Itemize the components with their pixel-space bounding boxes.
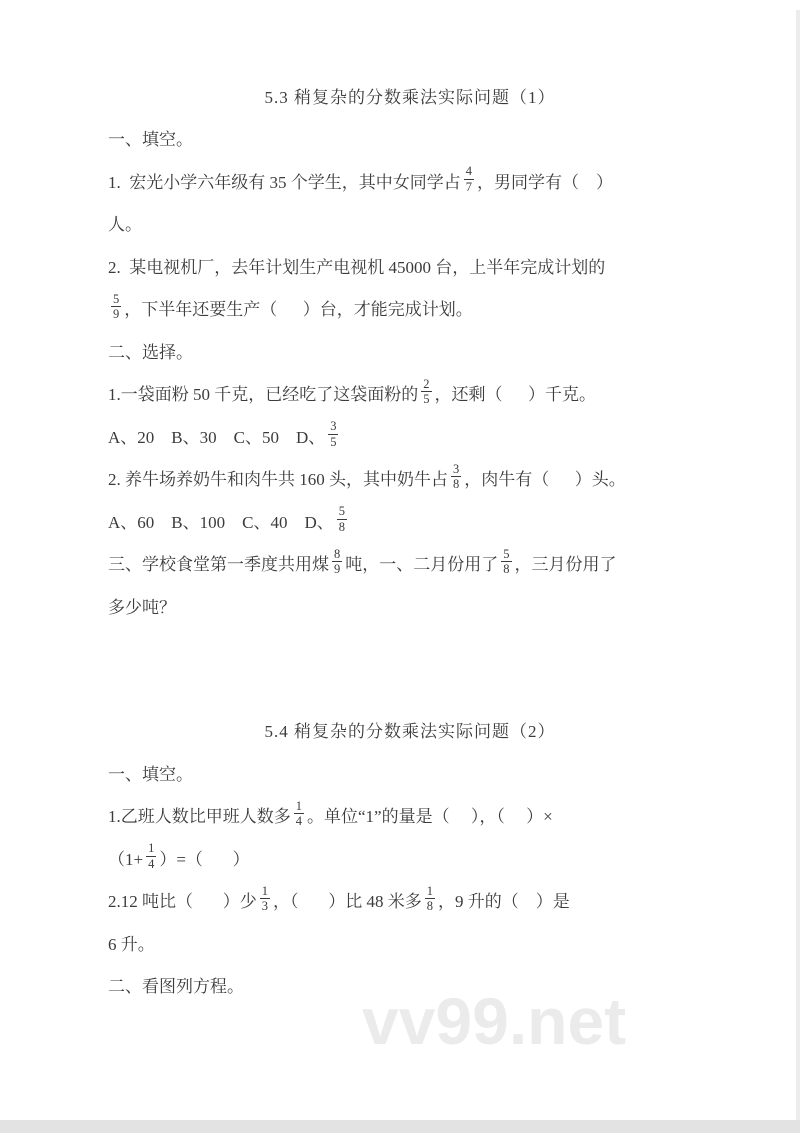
worksheet-line: 6 升。 — [108, 921, 712, 964]
page-edge-bottom — [0, 1120, 800, 1133]
text-run: ，9 升的（ ）是 — [438, 887, 570, 912]
worksheet-line: 一、填空。 — [108, 751, 712, 794]
text-run: A、20 B、30 C、50 D、 — [108, 423, 325, 448]
worksheet-5-4: 5.4 稍复杂的分数乘法实际问题（2） 一、填空。1.乙班人数比甲班人数多14。… — [108, 709, 712, 1007]
fraction: 89 — [332, 547, 342, 577]
text-run: 人。 — [108, 210, 142, 235]
fraction-numerator: 3 — [451, 462, 461, 477]
worksheet-line: 二、选择。 — [108, 329, 712, 372]
worksheet-5-3: 5.3 稍复杂的分数乘法实际问题（1） 一、填空。1. 宏光小学六年级有 35 … — [108, 74, 712, 627]
worksheet-line: 一、填空。 — [108, 117, 712, 160]
fraction-denominator: 9 — [111, 307, 121, 321]
fraction-numerator: 1 — [146, 841, 156, 856]
worksheet-line: 1. 宏光小学六年级有 35 个学生，其中女同学占47，男同学有（ ） — [108, 159, 712, 202]
fraction-denominator: 4 — [294, 814, 304, 828]
fraction-numerator: 5 — [337, 504, 347, 519]
text-run: ，还剩（ ）千克。 — [435, 380, 597, 405]
text-run: 2. 某电视机厂，去年计划生产电视机 45000 台，上半年完成计划的 — [108, 253, 605, 278]
fraction-denominator: 7 — [464, 180, 474, 194]
worksheet-line: 人。 — [108, 202, 712, 245]
worksheet-line: （1+14）=（ ） — [108, 836, 712, 879]
worksheet-line: 三、学校食堂第一季度共用煤89吨，一、二月份用了58，三月份用了 — [108, 542, 712, 585]
fraction-denominator: 8 — [501, 562, 511, 576]
fraction-denominator: 8 — [337, 520, 347, 534]
text-run: 2. 养牛场养奶牛和肉牛共 160 头，其中奶牛占 — [108, 465, 448, 490]
text-run: 6 升。 — [108, 930, 155, 955]
worksheet-line: 1.乙班人数比甲班人数多14。单位“1”的量是（ ），（ ）× — [108, 794, 712, 837]
text-run: 二、选择。 — [108, 338, 193, 363]
fraction-denominator: 5 — [328, 435, 338, 449]
text-run: 多少吨？ — [108, 593, 176, 618]
fraction-numerator: 4 — [464, 164, 474, 179]
fraction: 38 — [451, 462, 461, 492]
fraction-numerator: 5 — [501, 547, 511, 562]
fraction-denominator: 8 — [451, 477, 461, 491]
fraction: 13 — [260, 884, 270, 914]
fraction-numerator: 8 — [332, 547, 342, 562]
text-run: ）=（ ） — [159, 845, 249, 870]
document-page: 5.3 稍复杂的分数乘法实际问题（1） 一、填空。1. 宏光小学六年级有 35 … — [0, 0, 800, 1006]
text-run: 1.一袋面粉 50 千克，已经吃了这袋面粉的 — [108, 380, 418, 405]
fraction-numerator: 5 — [111, 292, 121, 307]
text-run: 1.乙班人数比甲班人数多 — [108, 802, 291, 827]
text-run: A、60 B、100 C、40 D、 — [108, 508, 334, 533]
text-run: ，男同学有（ ） — [477, 168, 613, 193]
text-run: 二、看图列方程。 — [108, 972, 244, 997]
text-run: 一、填空。 — [108, 125, 193, 150]
fraction: 58 — [501, 547, 511, 577]
text-run: ，三月份用了 — [515, 550, 617, 575]
fraction: 35 — [328, 419, 338, 449]
worksheet-title: 5.3 稍复杂的分数乘法实际问题（1） — [108, 74, 712, 117]
fraction-denominator: 8 — [425, 899, 435, 913]
text-run: 2.12 吨比（ ）少 — [108, 887, 257, 912]
worksheet-line: 2.12 吨比（ ）少13，（ ）比 48 米多18，9 升的（ ）是 — [108, 879, 712, 922]
fraction-denominator: 9 — [332, 562, 342, 576]
fraction: 47 — [464, 164, 474, 194]
worksheet-line: 多少吨？ — [108, 584, 712, 627]
text-run: 吨，一、二月份用了 — [345, 550, 498, 575]
fraction-numerator: 2 — [421, 377, 431, 392]
fraction-denominator: 3 — [260, 899, 270, 913]
fraction: 25 — [421, 377, 431, 407]
fraction-numerator: 1 — [425, 884, 435, 899]
worksheet-line: A、20 B、30 C、50 D、35 — [108, 414, 712, 457]
worksheet-line: 1.一袋面粉 50 千克，已经吃了这袋面粉的25，还剩（ ）千克。 — [108, 372, 712, 415]
worksheet-title: 5.4 稍复杂的分数乘法实际问题（2） — [108, 709, 712, 752]
worksheet-body: 一、填空。1. 宏光小学六年级有 35 个学生，其中女同学占47，男同学有（ ）… — [108, 117, 712, 627]
text-run: 。单位“1”的量是（ ），（ ）× — [307, 802, 553, 827]
fraction-numerator: 1 — [294, 799, 304, 814]
fraction-numerator: 1 — [260, 884, 270, 899]
worksheet-line: 2. 某电视机厂，去年计划生产电视机 45000 台，上半年完成计划的 — [108, 244, 712, 287]
fraction: 58 — [337, 504, 347, 534]
fraction: 59 — [111, 292, 121, 322]
text-run: ，（ ）比 48 米多 — [273, 887, 422, 912]
fraction: 18 — [425, 884, 435, 914]
text-run: ，肉牛有（ ）头。 — [464, 465, 626, 490]
fraction-denominator: 5 — [421, 392, 431, 406]
worksheet-line: 59，下半年还要生产（ ）台，才能完成计划。 — [108, 287, 712, 330]
worksheet-line: 二、看图列方程。 — [108, 964, 712, 1007]
fraction: 14 — [146, 841, 156, 871]
worksheet-body: 一、填空。1.乙班人数比甲班人数多14。单位“1”的量是（ ），（ ）×（1+1… — [108, 751, 712, 1006]
text-run: 一、填空。 — [108, 760, 193, 785]
text-run: 三、学校食堂第一季度共用煤 — [108, 550, 329, 575]
fraction-numerator: 3 — [328, 419, 338, 434]
worksheet-line: A、60 B、100 C、40 D、58 — [108, 499, 712, 542]
fraction: 14 — [294, 799, 304, 829]
fraction-denominator: 4 — [146, 857, 156, 871]
worksheet-line: 2. 养牛场养奶牛和肉牛共 160 头，其中奶牛占38，肉牛有（ ）头。 — [108, 457, 712, 500]
text-run: ，下半年还要生产（ ）台，才能完成计划。 — [124, 295, 473, 320]
page-edge-right — [796, 10, 800, 1120]
text-run: 1. 宏光小学六年级有 35 个学生，其中女同学占 — [108, 168, 461, 193]
text-run: （1+ — [108, 845, 143, 870]
